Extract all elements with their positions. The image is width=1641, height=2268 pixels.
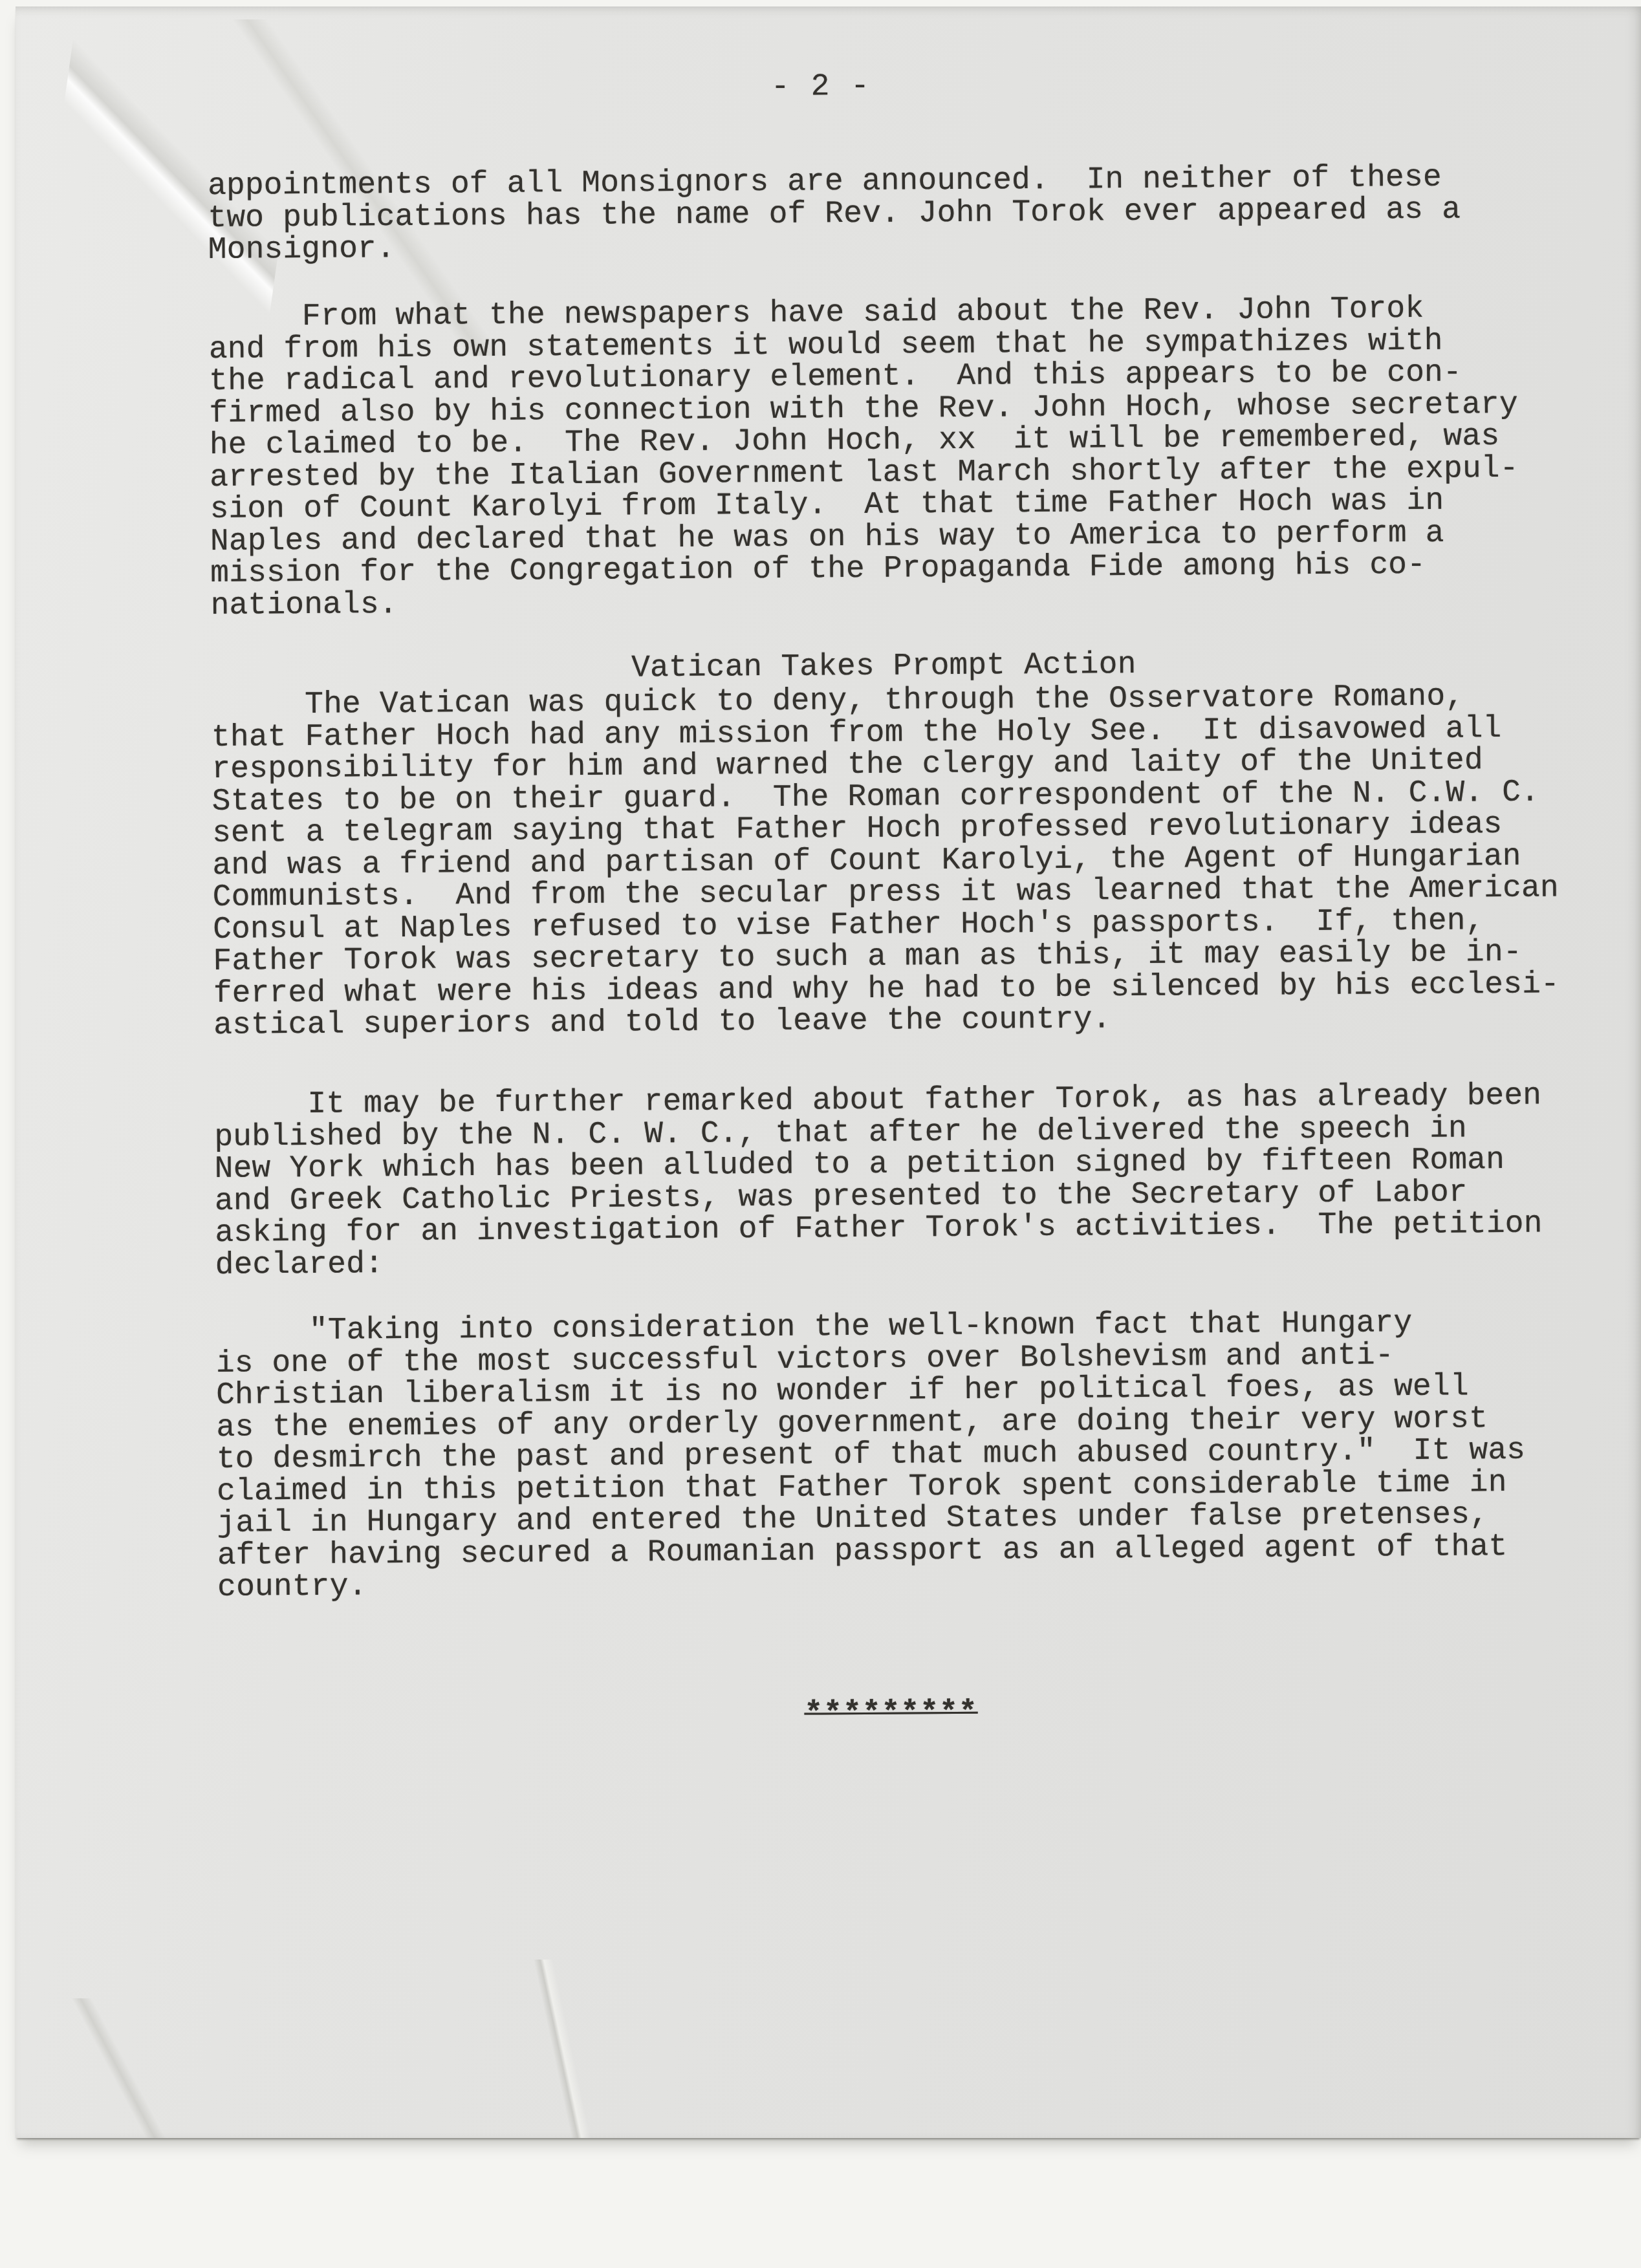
document-page: - 2 - appointments of all Monsignors are…	[16, 6, 1641, 2138]
paragraph-petition-quote: "Taking into consideration the well-know…	[215, 1306, 1563, 1604]
typewritten-content: - 2 - appointments of all Monsignors are…	[15, 1, 1641, 2144]
paragraph-monsignor-announcements: appointments of all Monsignors are annou…	[208, 161, 1554, 266]
page-number: - 2 -	[771, 71, 871, 104]
scanned-document-screenshot: - 2 - appointments of all Monsignors are…	[0, 0, 1641, 2268]
paragraph-vatican-denial: The Vatican was quick to deny, through t…	[212, 680, 1559, 1042]
paragraph-petition-to-secretary-of-labor: It may be further remarked about father …	[214, 1080, 1561, 1282]
asterisk-separator: *********	[218, 1693, 1563, 1734]
paragraph-newspapers-torok: From what the newspapers have said about…	[208, 292, 1556, 622]
